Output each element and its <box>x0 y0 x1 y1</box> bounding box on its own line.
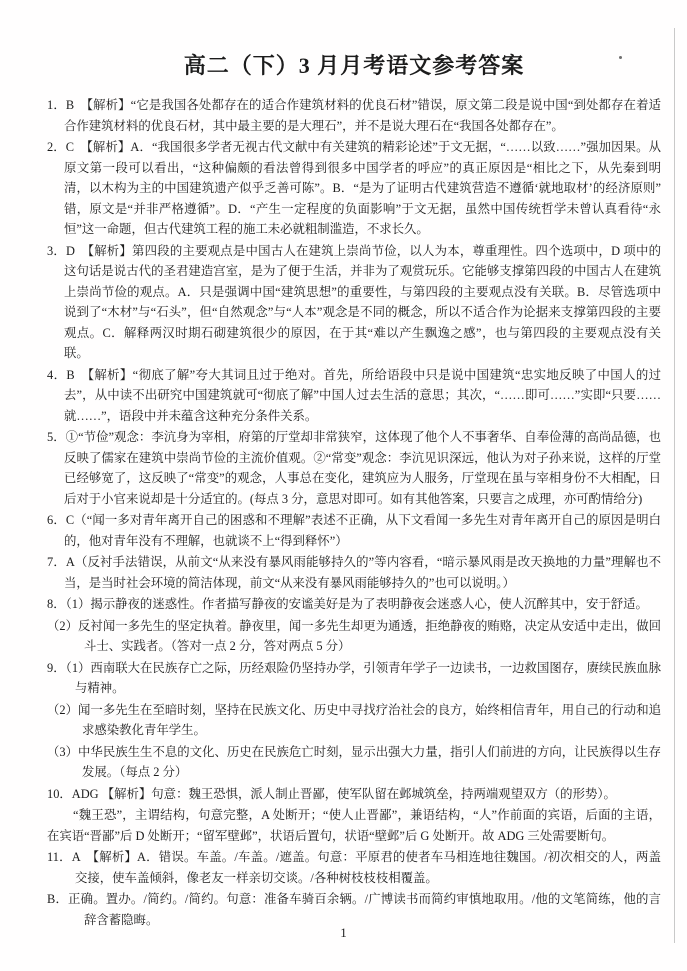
answer-q9-part2: （2）闻一多先生在至暗时刻，坚持在民族文化、历史中寻找疗治社会的良方，始终相信青… <box>47 700 661 741</box>
answer-q9-part3: （3）中华民族生生不息的文化、历史在民族危亡时刻，显示出强大力量，指引人们前进的… <box>47 742 661 783</box>
answer-q3: 3．D 【解析】第四段的主要观点是中国古人在建筑上崇尚节俭，以人为本，尊重理性。… <box>47 241 661 364</box>
answer-q8-part1: 8．（1）揭示静夜的迷惑性。作者描写静夜的安谧美好是为了表明静夜会迷惑人心，使人… <box>47 594 661 615</box>
answer-q4: 4．B 【解析】“彻底了解”夸大其词且过于绝对。首先，所给语段中只是说中国建筑“… <box>47 365 661 427</box>
answer-q2: 2．C 【解析】A．“我国很多学者无视古代文献中有关建筑的精彩论述”于文无据，“… <box>47 137 661 240</box>
answer-q6: 6．C（“闻一多对青年离开自己的困惑和不理解”表述不正确，从下文看闻一多先生对青… <box>47 510 661 551</box>
answer-q7: 7．A（反衬手法错误，从前文“从来没有暴风雨能够持久的”等内容看，“暗示暴风雨是… <box>47 552 661 593</box>
answer-q9-part1: 9．（1）西南联大在民族存亡之际，历经艰险仍坚持办学，引领青年学子一边读书，一边… <box>47 658 661 699</box>
answer-q5: 5．①“节俭”观念：李沆身为宰相，府第的厅堂却非常狭窄，这体现了他个人不事奢华、… <box>47 427 661 509</box>
answer-q8-part2: （2）反衬闻一多先生的坚定执着。静夜里，闻一多先生却更为通透，拒绝静夜的贿赂，决… <box>47 616 661 657</box>
page-number: 1 <box>0 925 687 941</box>
page-edge-line <box>674 28 675 943</box>
answer-q1: 1．B 【解析】“它是我国各处都存在的适合作建筑材料的优良石材”错误，原文第二段… <box>47 95 661 136</box>
answer-q10-part1: 10．ADG 【解析】句意：魏王恐惧，派人制止晋鄙，使军队留在邺城筑垒，持两端观… <box>47 784 661 805</box>
page-title: 高二（下）3 月月考语文参考答案 <box>47 50 661 82</box>
answer-q11-part1: 11．A 【解析】A．错误。车盖。/车盖。/遮盖。句意：平原君的使者车马相连地往… <box>47 847 661 888</box>
document-page: 高二（下）3 月月考语文参考答案 1．B 【解析】“它是我国各处都存在的适合作建… <box>0 0 687 971</box>
answer-q10-part2: “魏王恐”，主谓结构，句意完整，A 处断开；“使人止晋鄙”，兼语结构，“人”作前… <box>47 805 661 846</box>
answer-q11-part2: B．正确。置办。/简约。/简约。句意：准备车骑百余辆。/广博读书而简约审慎地取用… <box>47 889 661 930</box>
answer-sheet-content: 高二（下）3 月月考语文参考答案 1．B 【解析】“它是我国各处都存在的适合作建… <box>47 50 661 931</box>
